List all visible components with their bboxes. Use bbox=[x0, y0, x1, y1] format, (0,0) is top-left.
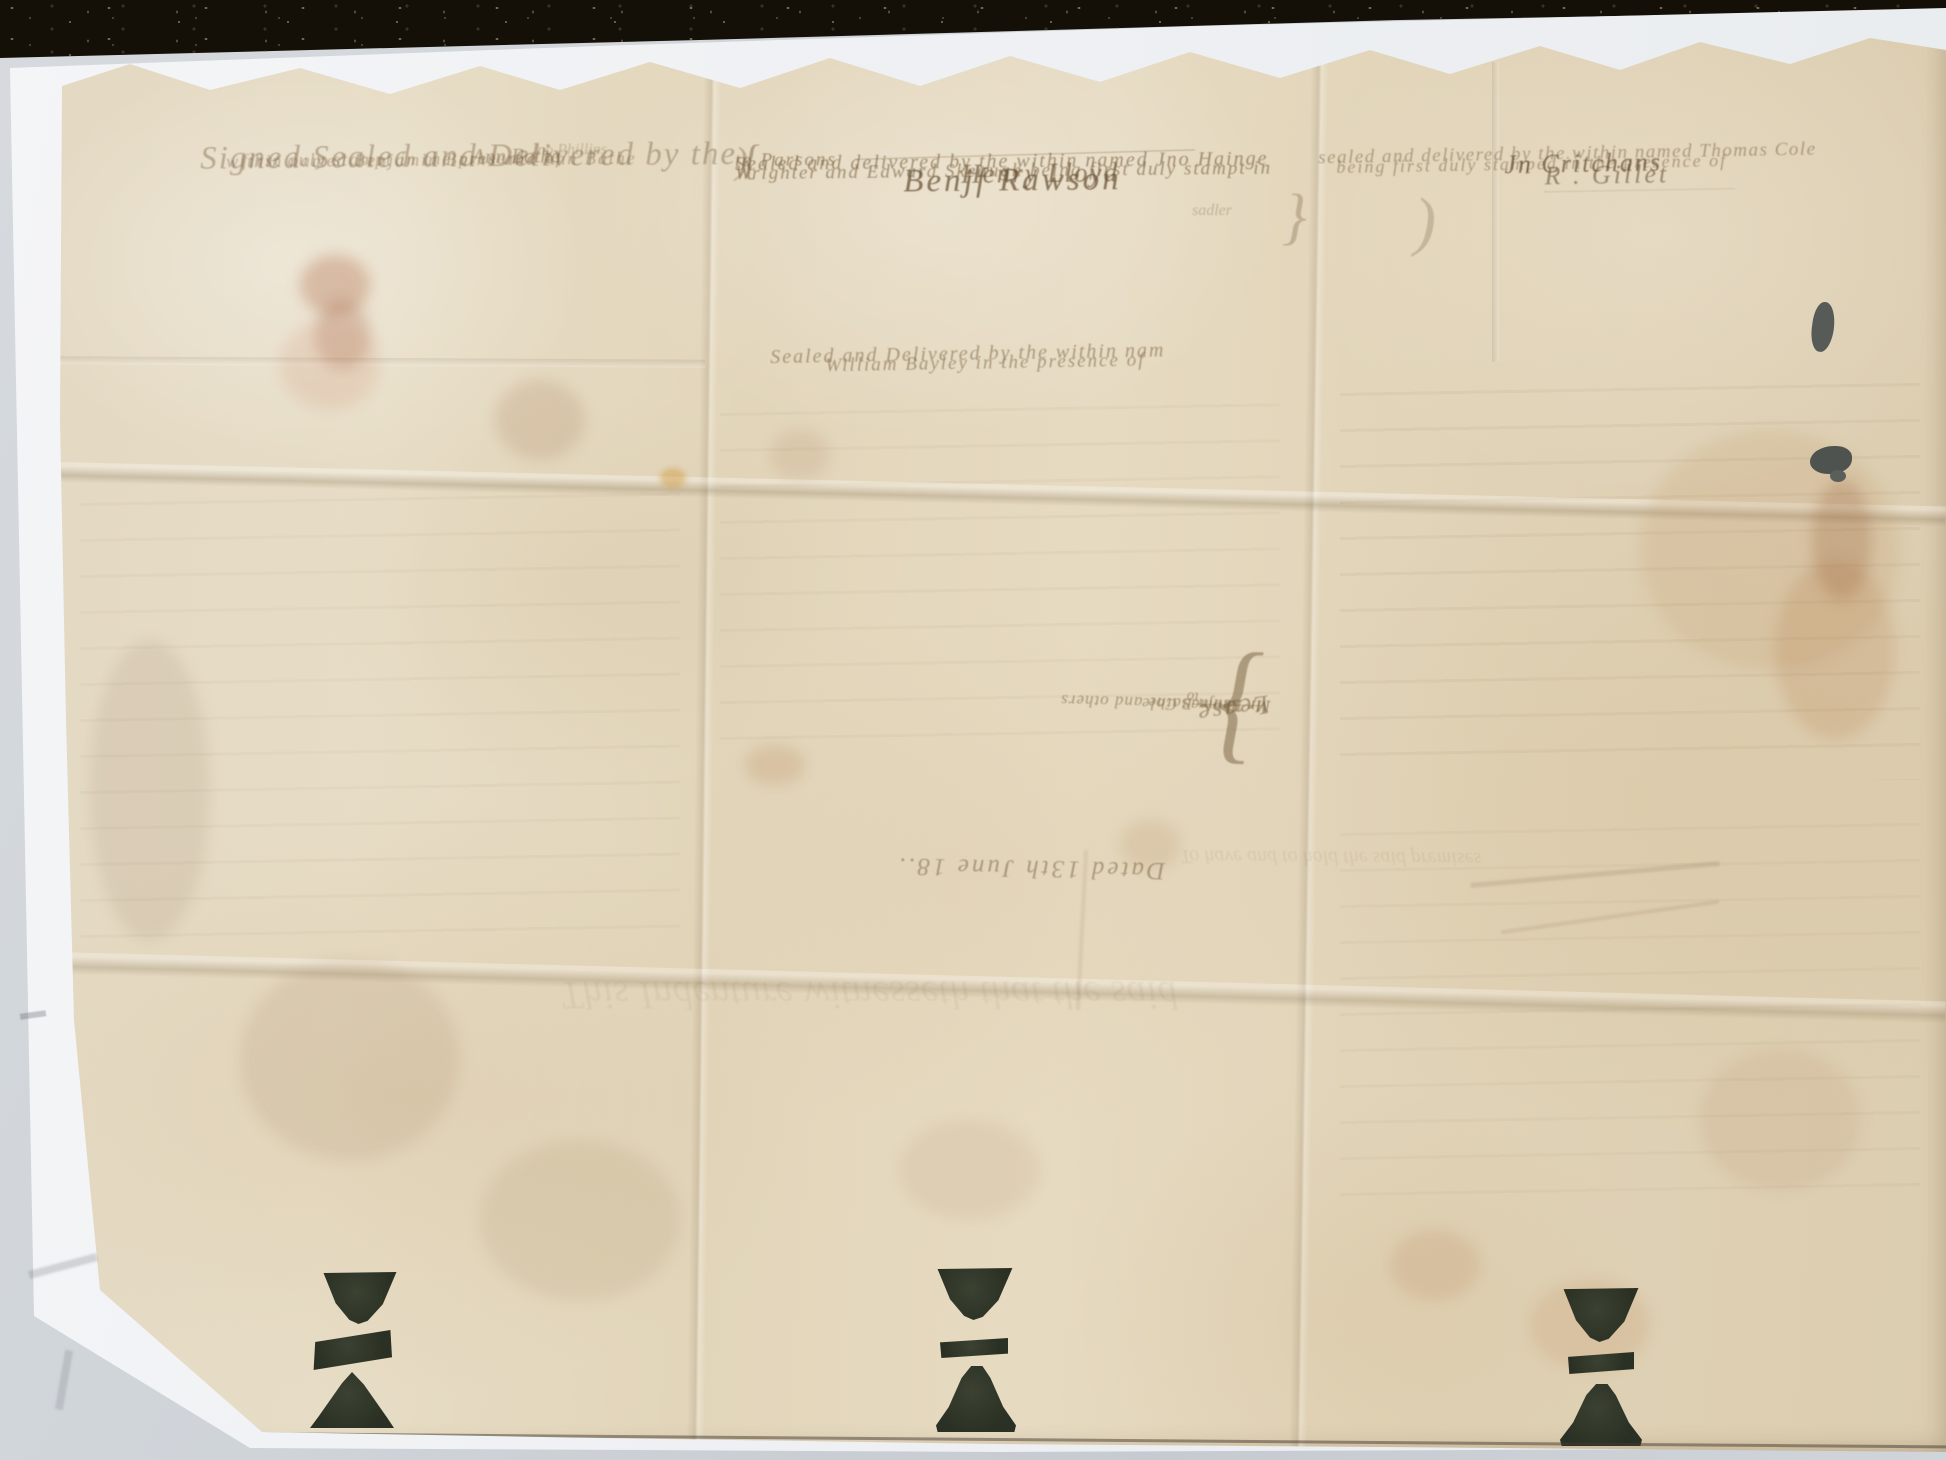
parchment-document: Signed Sealed and Delivered by the withi… bbox=[0, 0, 1946, 1460]
signature-henry-lloyd: Henry Lloyd bbox=[961, 157, 1119, 190]
stain bbox=[1390, 1230, 1480, 1300]
brace-glyph: } bbox=[1282, 182, 1307, 253]
stain bbox=[745, 745, 805, 785]
ghost-showthrough-text: To have and to hold the said premises bbox=[1180, 844, 1600, 871]
signature-jn-critchans: Jn Critchans bbox=[1504, 147, 1662, 180]
ink-fragment: sadler bbox=[1192, 202, 1232, 220]
brace-glyph: ) bbox=[735, 148, 748, 174]
ink-blot bbox=[1830, 470, 1846, 482]
signature-witness: Jno Phillips bbox=[530, 141, 607, 160]
stain bbox=[770, 430, 830, 480]
brace-glyph: ) bbox=[1414, 184, 1436, 260]
stain bbox=[90, 640, 210, 940]
stain bbox=[1700, 1050, 1860, 1190]
stain bbox=[900, 1120, 1040, 1220]
stain bbox=[240, 960, 460, 1160]
stain bbox=[495, 380, 585, 460]
stain bbox=[480, 1140, 680, 1300]
stain bbox=[280, 320, 380, 410]
stain bbox=[660, 468, 686, 488]
docket-upside-down: Mr Benjn Bathe and others to Mr Thomas C… bbox=[842, 602, 1272, 818]
stain bbox=[1812, 480, 1872, 600]
photo-scene: Signed Sealed and Delivered by the withi… bbox=[0, 0, 1946, 1460]
ghost-showthrough-text: This Indenture witnesseth that the said bbox=[560, 972, 1180, 1019]
